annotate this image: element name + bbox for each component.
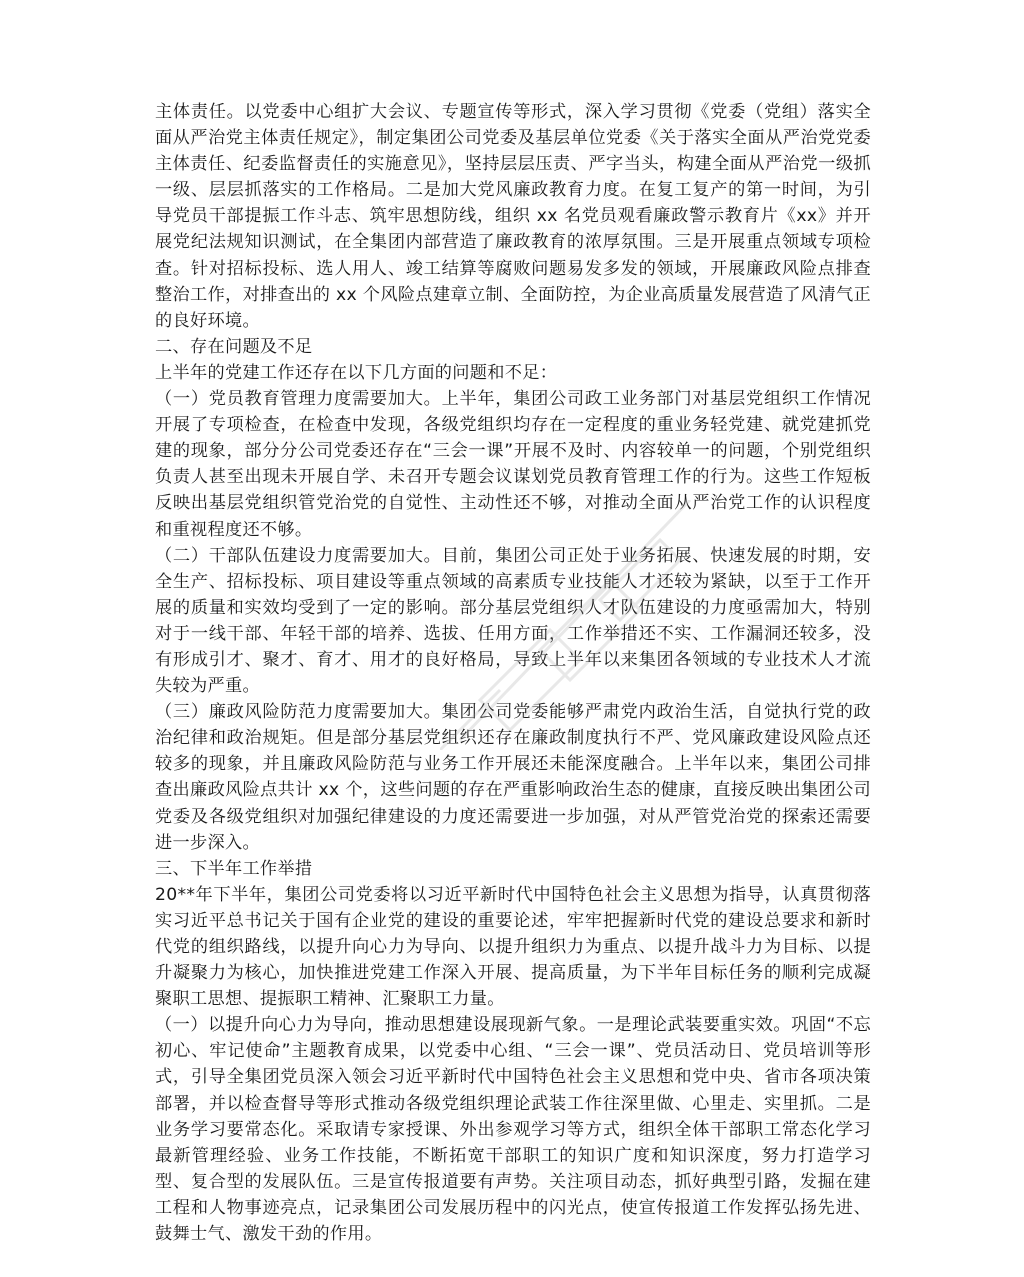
paragraph-problem-3: （三）廉政风险防范力度需要加大。集团公司党委能够严肃党内政治生活，自觉执行党的政… (155, 699, 871, 856)
paragraph-measure-1: （一）以提升向心力为导向，推动思想建设展现新气象。一是理论武装要重实效。巩固“不… (155, 1012, 871, 1247)
paragraph-measures-intro: 20**年下半年，集团公司党委将以习近平新时代中国特色社会主义思想为指导，认真贯… (155, 882, 871, 1012)
document-page: 主体责任。以党委中心组扩大会议、专题宣传等形式，深入学习贯彻《党委（党组）落实全… (155, 99, 871, 1247)
paragraph-continuation: 主体责任。以党委中心组扩大会议、专题宣传等形式，深入学习贯彻《党委（党组）落实全… (155, 99, 871, 334)
paragraph-problem-1: （一）党员教育管理力度需要加大。上半年，集团公司政工业务部门对基层党组织工作情况… (155, 386, 871, 543)
section-heading-measures: 三、下半年工作举措 (155, 856, 871, 882)
paragraph-problem-2: （二）干部队伍建设力度需要加大。目前，集团公司正处于业务拓展、快速发展的时期，安… (155, 543, 871, 700)
paragraph-intro-problems: 上半年的党建工作还存在以下几方面的问题和不足： (155, 360, 871, 386)
section-heading-problems: 二、存在问题及不足 (155, 334, 871, 360)
